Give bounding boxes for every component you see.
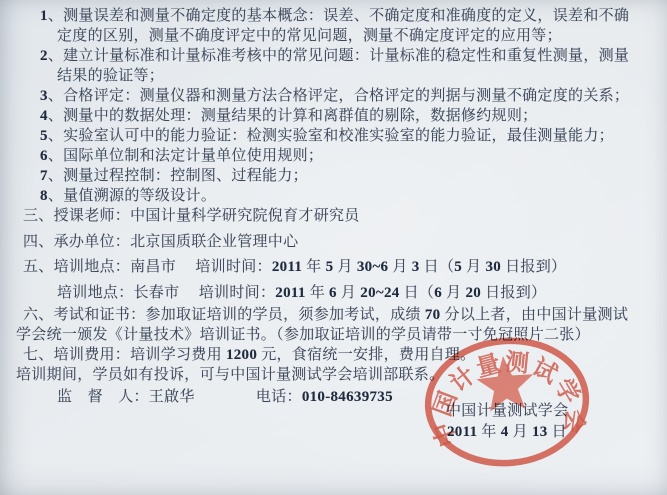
text-line: 三、授课老师：中国计量科学研究院倪育才研究员 bbox=[23, 206, 667, 226]
document-page: 1、测量误差和测量不确定度的基本概念：误差、不确定度和准确度的定义，误差和不确 … bbox=[0, 0, 667, 495]
text-line: 8、量值溯源的等级设计。 bbox=[40, 186, 667, 206]
text-line: 5、实验室认可中的能力验证：检测实验室和校准实验室的能力验证，最佳测量能力； bbox=[40, 126, 667, 146]
text-line: 结果的验证等； bbox=[57, 66, 667, 86]
text-line: 3、合格评定：测量仪器和测量方法合格评定，合格评定的判据与测量不确定度的关系； bbox=[40, 86, 667, 106]
text-line: 7、测量过程控制：控制图、过程能力； bbox=[40, 166, 667, 186]
official-seal-stamp: 中国计量测试学会 bbox=[419, 331, 596, 473]
text-line: 定度的区别，测量不确度评定中的常见问题，测量不确定度评定的应用等； bbox=[57, 26, 667, 46]
text-line: 培训地点：长春市 培训时间：2011 年 6 月 20~24 日（6 月 20 … bbox=[57, 283, 667, 303]
text-line: 2、建立计量标准和计量标准考核中的常见问题：计量标准的稳定性和重复性测量，测量 bbox=[40, 46, 667, 66]
text-line: 6、国际单位制和法定计量单位使用规则； bbox=[40, 146, 667, 166]
text-line: 4、测量中的数据处理：测量结果的计算和离群值的剔除，数据修约规则； bbox=[40, 106, 667, 126]
text-line: 1、测量误差和测量不确定度的基本概念：误差、不确定度和准确度的定义，误差和不确 bbox=[40, 6, 667, 26]
text-line: 六、考试和证书：参加取证培训的学员，须参加考试，成绩 70 分以上者，由中国计量… bbox=[23, 305, 667, 325]
text-line: 五、培训地点：南昌市 培训时间：2011 年 5 月 30~6 月 3 日（5 … bbox=[23, 257, 667, 277]
text-line: 四、承办单位：北京国质联企业管理中心 bbox=[23, 232, 667, 252]
